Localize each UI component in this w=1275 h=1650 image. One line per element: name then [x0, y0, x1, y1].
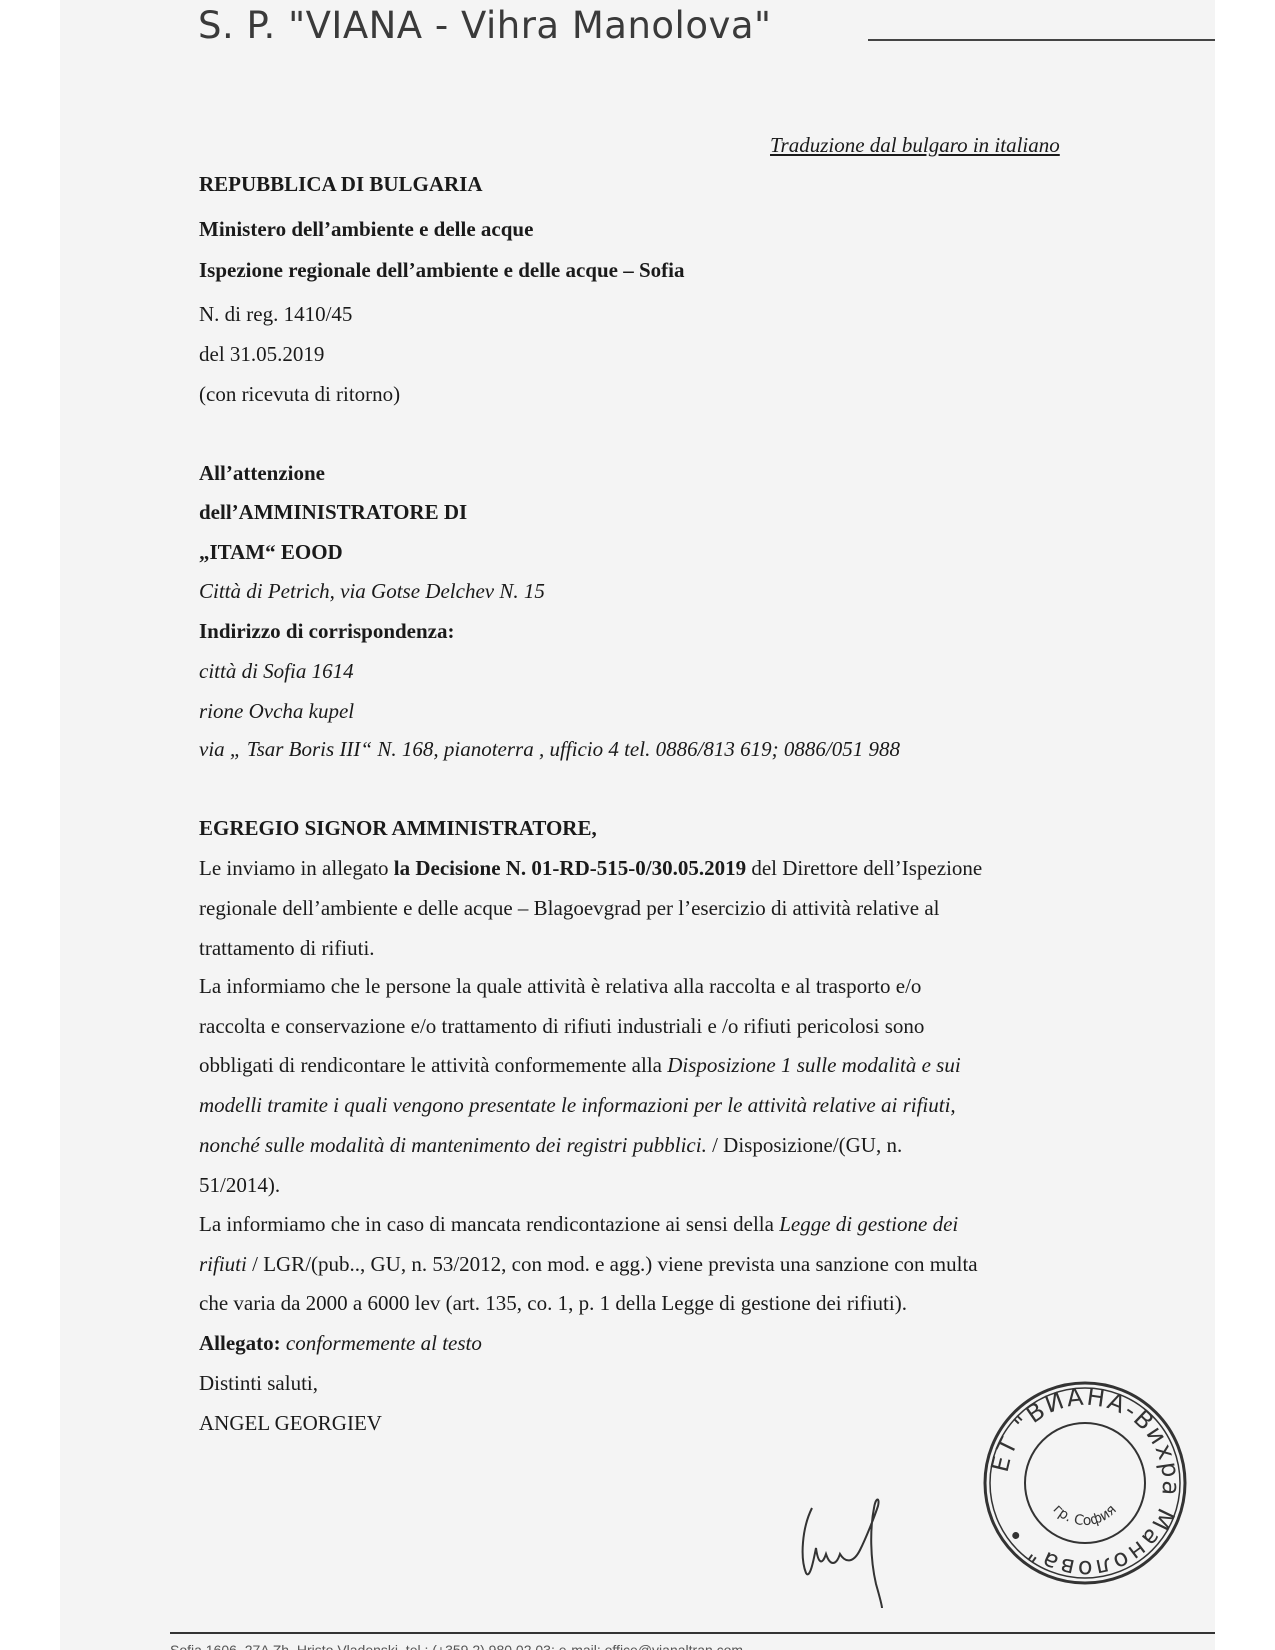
- svg-text:ЕТ "ВИАНА-Вихра Манолова" •: ЕТ "ВИАНА-Вихра Манолова" •: [986, 1383, 1186, 1583]
- law-title: rifiuti: [199, 1252, 247, 1276]
- recipient-company: „ITAM“ EOOD: [199, 539, 343, 565]
- text: La informiamo che in caso di mancata ren…: [199, 1212, 779, 1236]
- paragraph-2-line-5: nonché sulle modalità di mantenimento de…: [199, 1132, 902, 1158]
- paragraph-2-line-6: 51/2014).: [199, 1172, 280, 1198]
- paragraph-1-line-3: trattamento di rifiuti.: [199, 935, 375, 961]
- delivery-note: (con ricevuta di ritorno): [199, 381, 400, 407]
- attachment-label: Allegato:: [199, 1331, 281, 1355]
- signature-icon: [800, 1488, 940, 1608]
- paragraph-2-line-4: modelli tramite i quali vengono presenta…: [199, 1092, 956, 1118]
- recipient-role: dell’AMMINISTRATORE DI: [199, 499, 467, 525]
- recipient-address: Città di Petrich, via Gotse Delchev N. 1…: [199, 578, 545, 604]
- paragraph-1-line-2: regionale dell’ambiente e delle acque – …: [199, 895, 940, 921]
- sender-ministry: Ministero dell’ambiente e delle acque: [199, 216, 533, 242]
- sender-country: REPUBBLICA DI BULGARIA: [199, 171, 483, 197]
- correspondence-city: città di Sofia 1614: [199, 658, 354, 684]
- sender-inspectorate: Ispezione regionale dell’ambiente e dell…: [199, 257, 684, 283]
- recipient-attention: All’attenzione: [199, 460, 325, 486]
- text: del Direttore dell’Ispezione: [746, 856, 982, 880]
- text: / Disposizione/(GU, n.: [707, 1133, 902, 1157]
- paragraph-1-line-1: Le inviamo in allegato la Decisione N. 0…: [199, 855, 982, 881]
- paragraph-3-line-1: La informiamo che in caso di mancata ren…: [199, 1211, 958, 1237]
- paragraph-2-line-1: La informiamo che le persone la quale at…: [199, 973, 921, 999]
- law-title: Legge di gestione dei: [779, 1212, 958, 1236]
- text: Le inviamo in allegato: [199, 856, 394, 880]
- signatory-name: ANGEL GEORGIEV: [199, 1410, 382, 1436]
- closing: Distinti saluti,: [199, 1370, 318, 1396]
- attachment-value: conformemente al testo: [281, 1331, 482, 1355]
- salutation: EGREGIO SIGNOR AMMINISTRATORE,: [199, 815, 597, 841]
- attachment-line: Allegato: conformemente al testo: [199, 1330, 482, 1356]
- svg-text:гр. София: гр. София: [1050, 1501, 1120, 1529]
- regulation-title: Disposizione 1 sulle modalità e sui: [667, 1053, 960, 1077]
- text: / LGR/(pub.., GU, n. 53/2012, con mod. e…: [247, 1252, 978, 1276]
- correspondence-district: rione Ovcha kupel: [199, 698, 354, 724]
- translation-note: Traduzione dal bulgaro in italiano: [770, 133, 1060, 158]
- registration-number: N. di reg. 1410/45: [199, 301, 352, 327]
- footer-contact: Sofia 1606, 27A Zh. Hristo Vladenski, te…: [170, 1642, 743, 1650]
- regulation-title: nonché sulle modalità di mantenimento de…: [199, 1133, 707, 1157]
- decision-reference: la Decisione N. 01-RD-515-0/30.05.2019: [394, 856, 746, 880]
- correspondence-label: Indirizzo di corrispondenza:: [199, 618, 455, 644]
- letterhead-rule: [868, 39, 1215, 41]
- correspondence-street: via „ Tsar Boris III“ N. 168, pianoterra…: [199, 736, 900, 762]
- paragraph-3-line-2: rifiuti / LGR/(pub.., GU, n. 53/2012, co…: [199, 1251, 978, 1277]
- paragraph-2-line-2: raccolta e conservazione e/o trattamento…: [199, 1013, 924, 1039]
- company-stamp-icon: ЕТ "ВИАНА-Вихра Манолова" • гр. София: [980, 1378, 1190, 1588]
- letterhead-title: S. P. "VIANA - Vihra Manolova": [198, 4, 772, 47]
- paragraph-2-line-3: obbligati di rendicontare le attività co…: [199, 1052, 961, 1078]
- footer-rule: [170, 1632, 1215, 1634]
- paragraph-3-line-3: che varia da 2000 a 6000 lev (art. 135, …: [199, 1290, 907, 1316]
- letter-date: del 31.05.2019: [199, 341, 324, 367]
- text: obbligati di rendicontare le attività co…: [199, 1053, 667, 1077]
